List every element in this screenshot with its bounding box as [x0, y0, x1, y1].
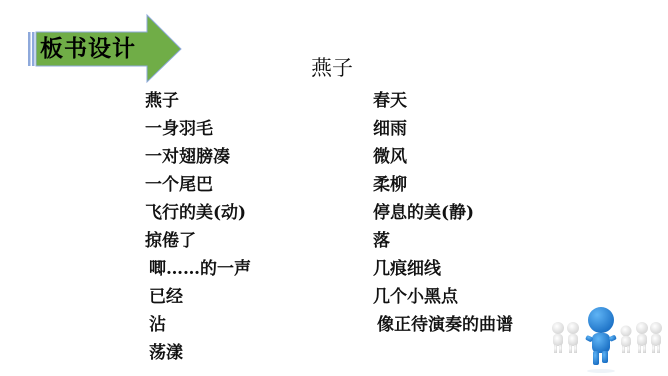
list-item: 一对翅膀凑 — [145, 143, 251, 171]
list-item: 微风 — [373, 143, 513, 171]
list-item: 已经 — [145, 283, 251, 311]
list-item: 一个尾巴 — [145, 171, 251, 199]
people-leader-illustration — [548, 295, 668, 375]
list-item: 停息的美(静) — [373, 199, 513, 227]
list-item: 掠倦了 — [145, 227, 251, 255]
list-item: 飞行的美(动) — [145, 199, 251, 227]
list-item: 一身羽毛 — [145, 115, 251, 143]
list-item: 春天 — [373, 87, 513, 115]
list-item: 柔柳 — [373, 171, 513, 199]
list-item: 几痕细线 — [373, 255, 513, 283]
list-item: 几个小黑点 — [373, 283, 513, 311]
list-item: 唧……的一声 — [145, 255, 251, 283]
badge-label: 板书设计 — [40, 33, 150, 65]
list-item: 荡漾 — [145, 339, 251, 367]
left-column: 燕子 一身羽毛 一对翅膀凑 一个尾巴 飞行的美(动) 掠倦了 唧……的一声 已经… — [145, 87, 251, 367]
right-column: 春天 细雨 微风 柔柳 停息的美(静) 落 几痕细线 几个小黑点 像正待演奏的曲… — [373, 87, 513, 339]
list-item: 沾 — [145, 311, 251, 339]
list-item: 燕子 — [145, 87, 251, 115]
list-item: 像正待演奏的曲谱 — [373, 311, 513, 339]
list-item: 细雨 — [373, 115, 513, 143]
page-title: 燕子 — [311, 52, 353, 82]
list-item: 落 — [373, 227, 513, 255]
